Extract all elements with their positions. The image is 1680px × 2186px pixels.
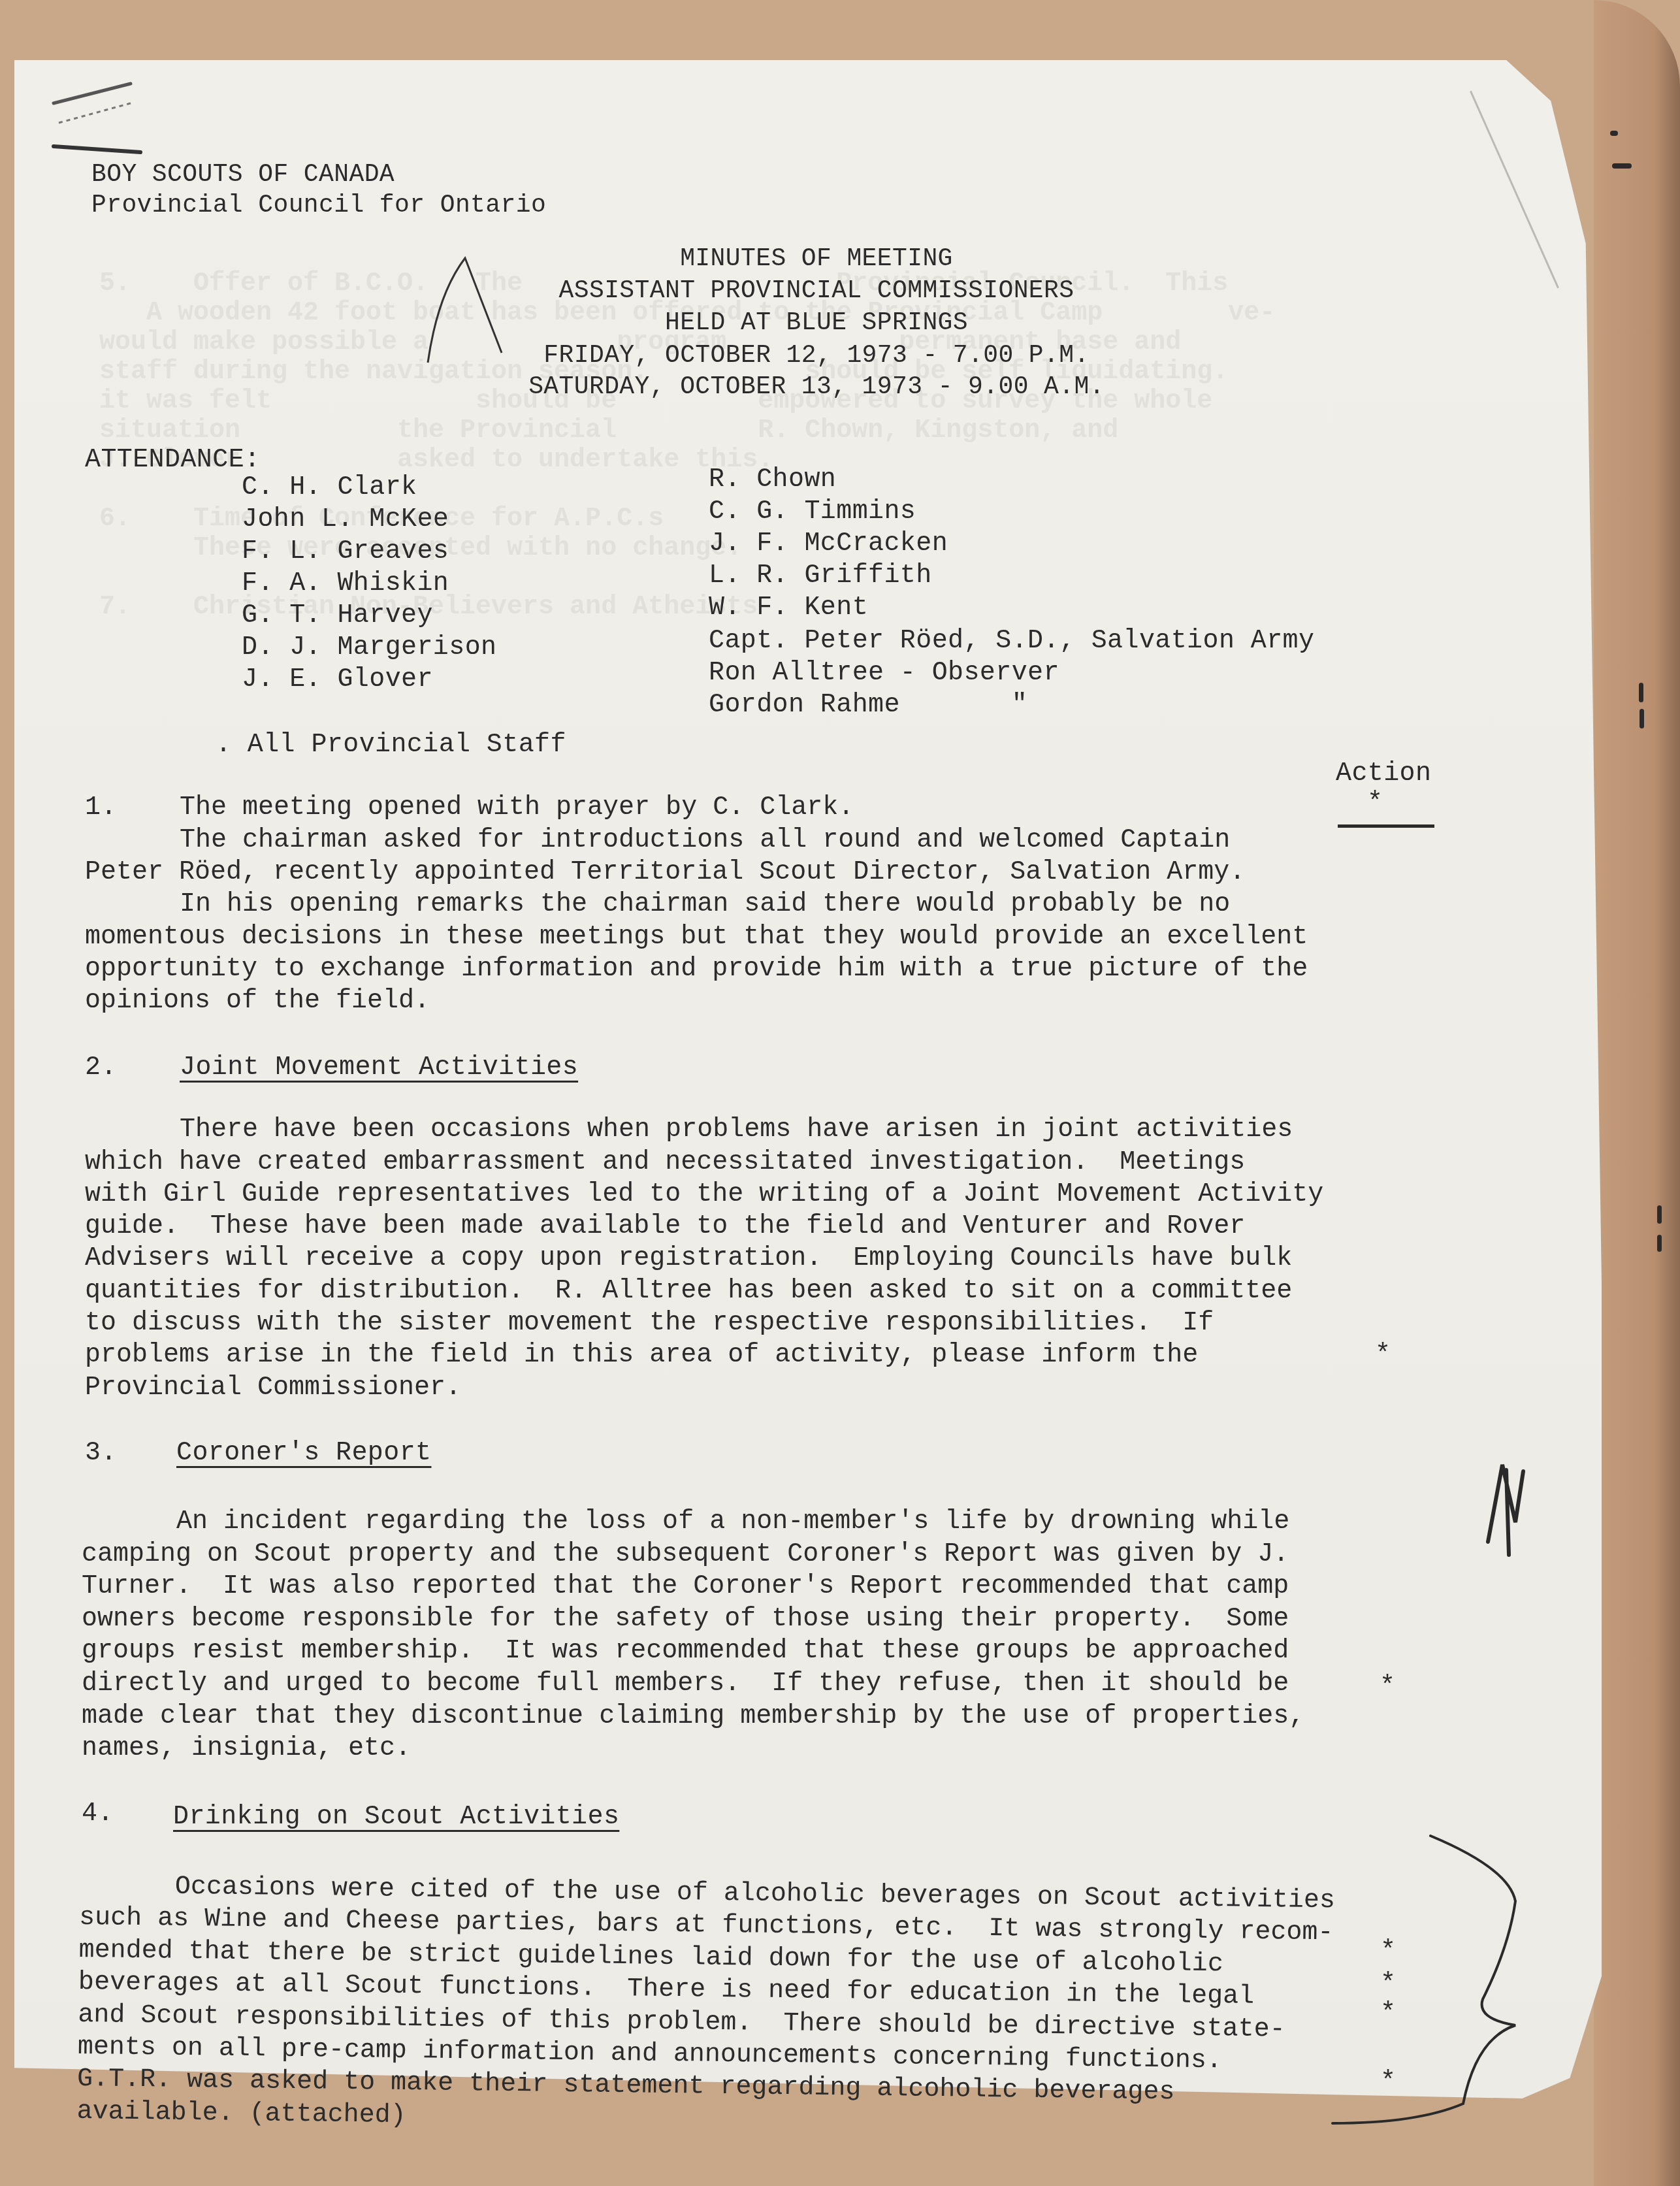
title-line-5: SATURDAY, OCTOBER 13, 1973 - 9.00 A.M.: [392, 371, 1241, 403]
attendee: F. A. Whiskin: [242, 568, 449, 600]
letterhead-council: Provincial Council for Ontario: [91, 189, 546, 221]
attendee: C. G. Timmins: [709, 496, 916, 528]
action-column-header: Action: [1336, 758, 1431, 790]
action-column-marker: *: [1367, 787, 1383, 819]
attendee: D. J. Margerison: [242, 632, 496, 664]
body-line: with Girl Guide representatives led to t…: [85, 1179, 1323, 1211]
section-3-title: Coroner's Report: [176, 1437, 431, 1469]
attendance-staff: . All Provincial Staff: [216, 729, 566, 761]
body-line: made clear that they discontinue claimin…: [82, 1701, 1304, 1733]
margin-tick-mark: [1610, 131, 1618, 136]
attendee: R. Chown: [709, 464, 836, 496]
attendance-label: ATTENDANCE:: [85, 444, 260, 476]
title-line-2: ASSISTANT PROVINCIAL COMMISSIONERS: [392, 275, 1241, 307]
margin-tick-mark: [1657, 1235, 1662, 1252]
attendee: F. L. Greaves: [242, 536, 449, 568]
section-4-title: Drinking on Scout Activities: [173, 1801, 619, 1833]
body-line: groups resist membership. It was recomme…: [82, 1635, 1289, 1668]
body-line: An incident regarding the loss of a non-…: [176, 1506, 1289, 1539]
body-line: There have been occasions when problems …: [180, 1114, 1293, 1147]
body-line: owners become responsible for the safety…: [82, 1603, 1289, 1636]
attendee: J. F. McCracken: [709, 528, 948, 560]
section-2-title: Joint Movement Activities: [180, 1052, 578, 1084]
body-line: Advisers will receive a copy upon regist…: [85, 1243, 1292, 1275]
body-line: guide. These have been made available to…: [85, 1211, 1245, 1243]
attendee: C. H. Clark: [242, 472, 417, 504]
title-line-4: FRIDAY, OCTOBER 12, 1973 - 7.00 P.M.: [392, 340, 1241, 372]
pencil-bracket-mark: [1319, 1829, 1535, 2149]
action-marker: *: [1380, 1672, 1395, 1702]
body-line: available. (attached): [76, 2096, 406, 2132]
margin-tick-mark: [1612, 163, 1632, 169]
attendee: John L. McKee: [242, 504, 449, 536]
attendee: Gordon Rahme ": [709, 689, 1027, 721]
margin-tick-mark: [1657, 1205, 1662, 1224]
folder-backing: [1594, 0, 1680, 2186]
body-line: camping on Scout property and the subseq…: [82, 1539, 1289, 1571]
body-line: momentous decisions in these meetings bu…: [85, 921, 1308, 954]
margin-tick-mark: [1640, 709, 1644, 728]
action-column-rule: [1338, 824, 1434, 828]
body-line: problems arise in the field in this area…: [85, 1339, 1198, 1372]
body-line: Turner. It was also reported that the Co…: [82, 1571, 1289, 1603]
section-3-number: 3.: [85, 1437, 117, 1469]
body-line: The meeting opened with prayer by C. Cla…: [180, 792, 854, 824]
body-line: Peter Röed, recently appointed Territori…: [85, 856, 1245, 889]
body-line: In his opening remarks the chairman said…: [180, 889, 1230, 921]
attendance-staff-text: All Provincial Staff: [248, 730, 566, 760]
section-1-number: 1.: [85, 792, 117, 824]
attendee: L. R. Griffith: [709, 560, 932, 592]
body-line: which have created embarrassment and nec…: [85, 1147, 1245, 1179]
body-line: Provincial Commissioner.: [85, 1372, 461, 1405]
body-line: opinions of the field.: [85, 985, 430, 1018]
attendee: Capt. Peter Röed, S.D., Salvation Army: [709, 625, 1314, 657]
body-line: directly and urged to become full member…: [82, 1668, 1289, 1701]
attendee: W. F. Kent: [709, 592, 868, 624]
title-line-3: HELD AT BLUE SPRINGS: [392, 307, 1241, 339]
attendee: Ron Alltree - Observer: [709, 657, 1059, 689]
body-line: names, insignia, etc.: [82, 1733, 411, 1765]
action-marker: *: [1375, 1341, 1391, 1370]
pencil-margin-mark: [1483, 1457, 1542, 1561]
pencil-arrow-mark: [39, 78, 170, 157]
attendee: J. E. Glover: [242, 664, 433, 696]
attendee: G. T. Harvey: [242, 600, 433, 632]
letterhead-organization: BOY SCOUTS OF CANADA: [91, 159, 395, 191]
body-line: opportunity to exchange information and …: [85, 953, 1308, 986]
body-line: The chairman asked for introductions all…: [180, 824, 1230, 857]
section-2-number: 2.: [85, 1052, 117, 1084]
title-line-1: MINUTES OF MEETING: [392, 243, 1241, 275]
body-line: quantities for distribution. R. Alltree …: [85, 1275, 1292, 1308]
body-line: to discuss with the sister movement the …: [85, 1307, 1214, 1340]
section-4-number: 4.: [82, 1798, 114, 1830]
margin-tick-mark: [1639, 683, 1643, 702]
